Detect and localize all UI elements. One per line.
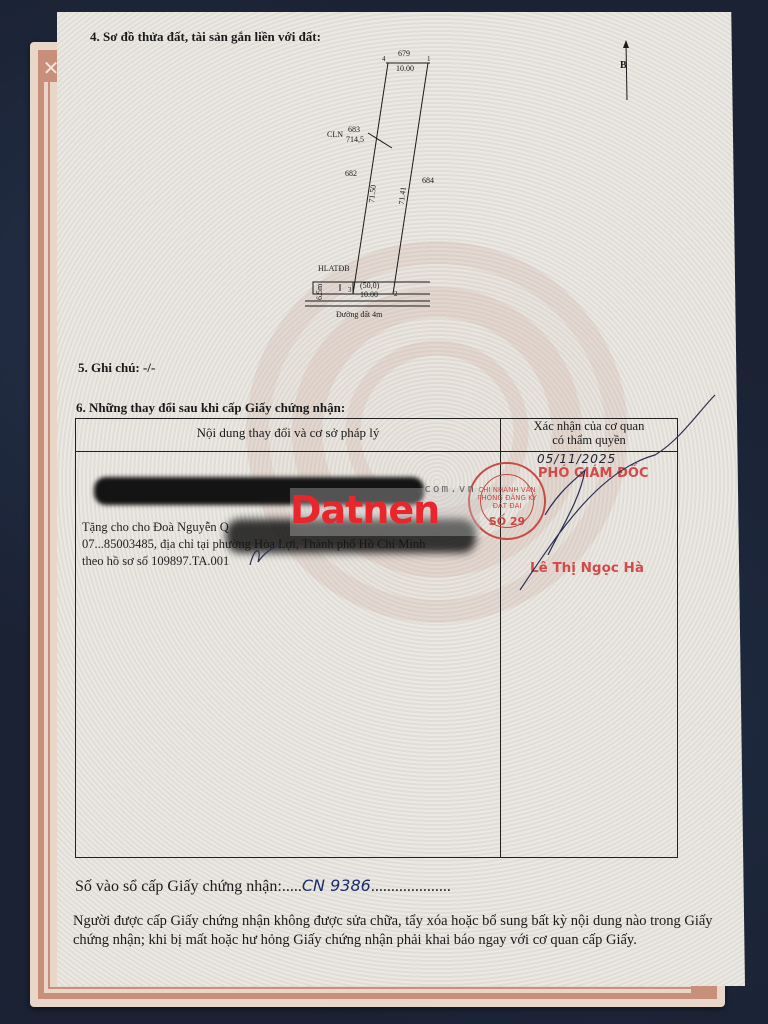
svg-text:71.41: 71.41 [397,186,408,205]
svg-text:(50,0): (50,0) [360,281,380,290]
svg-text:71.50: 71.50 [367,184,378,203]
parcel-diagram: 679 4 1 10.00 CLN 683 714,5 682 684 71.5… [250,38,650,338]
legal-notice: Người được cấp Giấy chứng nhận không đượ… [73,912,713,950]
svg-text:3: 3 [348,286,352,294]
right-neighbor: 684 [422,176,434,185]
road-label: Đường đất 4m [336,310,383,319]
parcel-area: 714,5 [346,135,364,144]
column-header-confirmation: Xác nhận của cơ quan có thẩm quyền [501,419,677,447]
left-neighbor: 682 [345,169,357,178]
changes-table: Nội dung thay đổi và cơ sở pháp lý Xác n… [75,418,678,858]
setback-label: 6.5m [315,283,324,300]
north-arrow-icon: B [620,40,636,102]
column-header-content: Nội dung thay đổi và cơ sở pháp lý [76,425,500,441]
datnen-watermark: Datnen .com.vn [290,488,480,536]
svg-text:CLN: CLN [327,130,343,139]
parcel-number: 683 [348,125,360,134]
north-parcel-label: 679 [398,49,410,58]
registry-number: CN 9386 [302,876,371,895]
top-width-label: 10.00 [396,64,414,73]
confirmation-date: 05/11/2025 [537,452,616,466]
signer-title: PHÓ GIÁM ĐỐC [538,466,649,481]
svg-text:4: 4 [382,55,386,63]
corridor-label: HLATĐB [318,264,350,273]
svg-text:2: 2 [394,290,398,298]
signer-name: Lê Thị Ngọc Hà [530,560,644,576]
svg-text:1: 1 [427,55,431,63]
section-5-title: 5. Ghi chú: -/- [78,360,155,376]
svg-text:B: B [620,60,627,71]
bottom-width-label: 10.00 [360,290,378,299]
registry-number-line: Số vào sổ cấp Giấy chứng nhận:.....CN 93… [75,876,451,896]
section-6-title: 6. Những thay đổi sau khi cấp Giấy chứng… [76,400,345,416]
